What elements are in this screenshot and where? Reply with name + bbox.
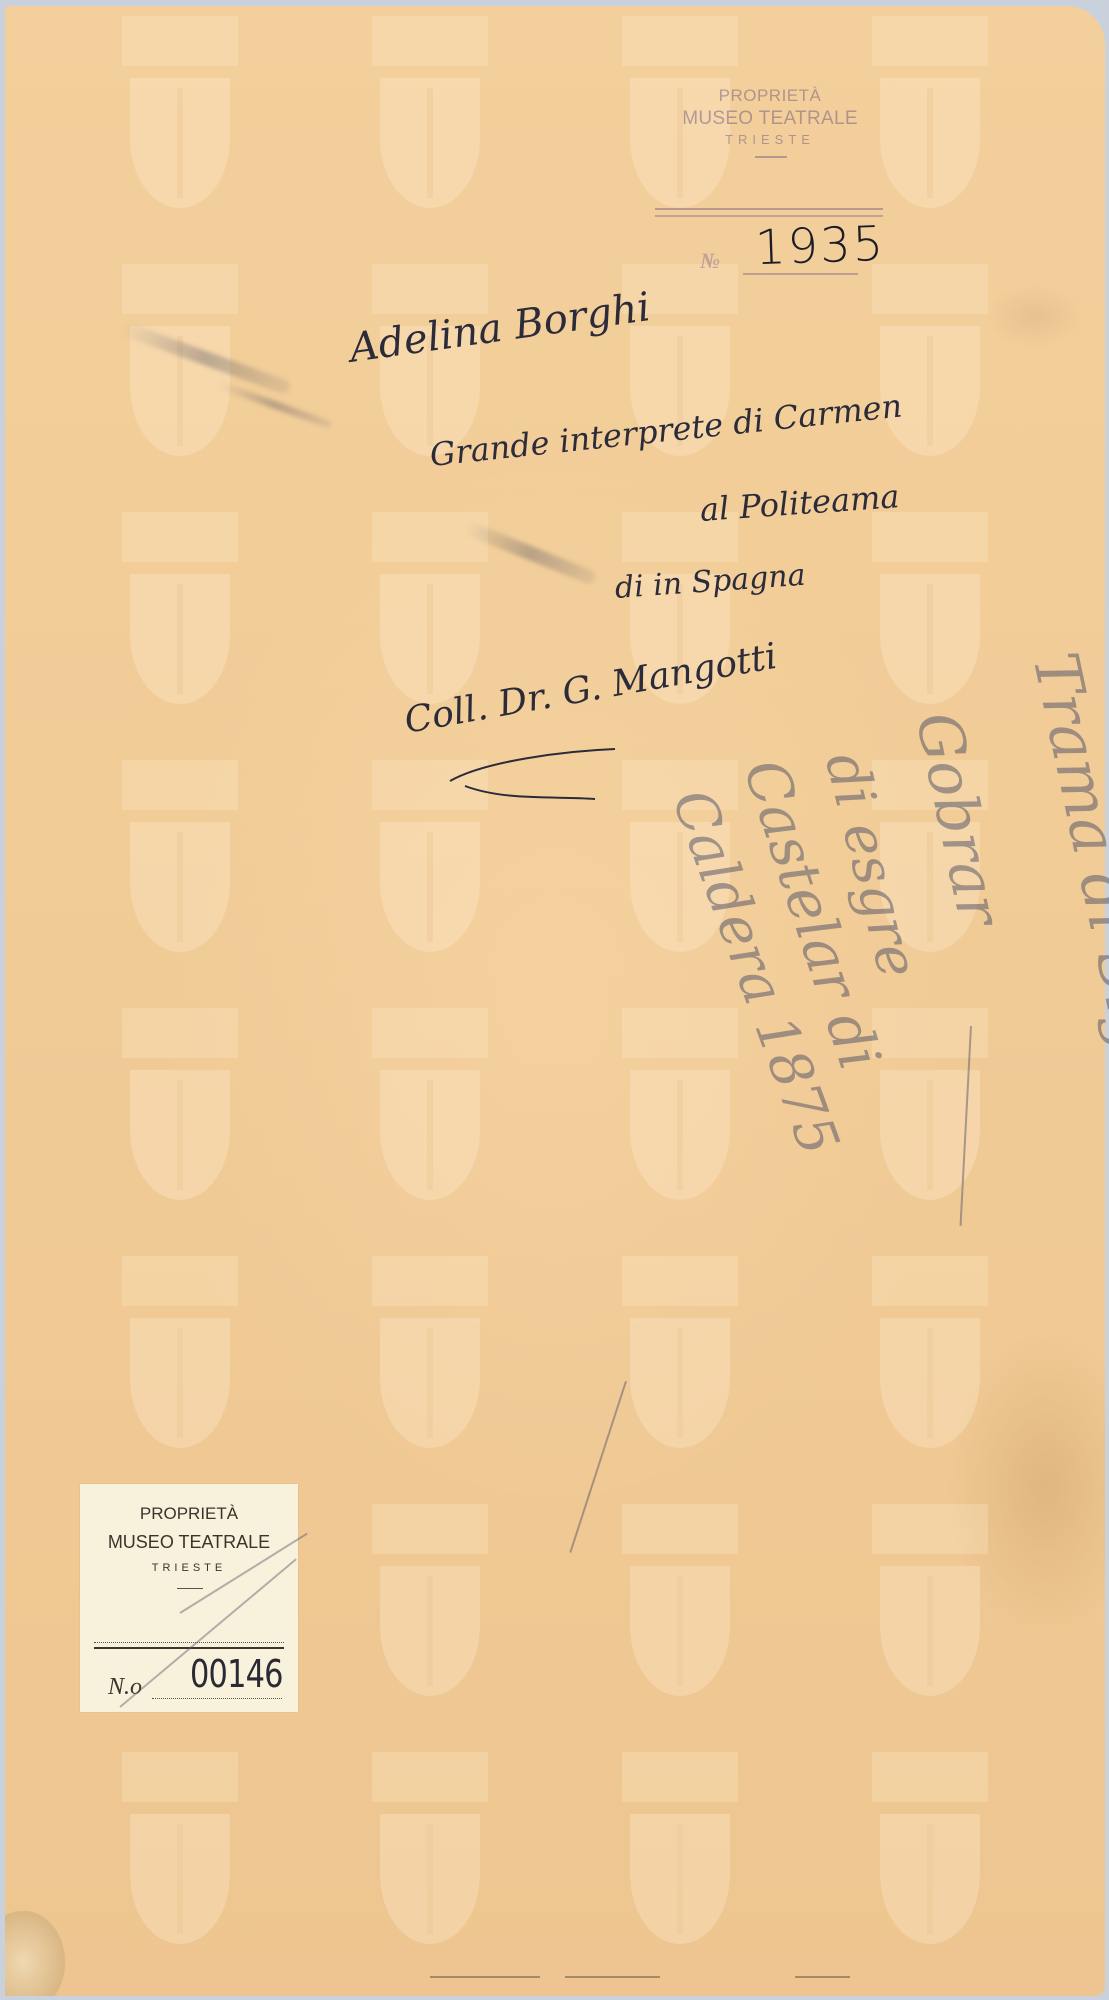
edge-mark [565, 1976, 660, 1978]
halberd-shield-watermark-icon [880, 1752, 980, 1952]
stamp-line-trieste: TRIESTE [655, 132, 885, 147]
edge-mark [795, 1976, 850, 1978]
halberd-shield-watermark-icon [380, 1256, 480, 1456]
halberd-shield-watermark-icon [380, 16, 480, 216]
halberd-shield-watermark-icon [130, 1008, 230, 1208]
halberd-shield-watermark-icon [630, 1504, 730, 1704]
halberd-shield-watermark-icon [880, 1504, 980, 1704]
halberd-shield-watermark-icon [630, 1752, 730, 1952]
halberd-shield-watermark-icon [630, 1256, 730, 1456]
halberd-shield-watermark-icon [880, 16, 980, 216]
halberd-shield-watermark-icon [130, 1752, 230, 1952]
signature-flourish [445, 741, 625, 801]
edge-mark [430, 1976, 540, 1978]
halberd-shield-watermark-icon [130, 760, 230, 960]
label-line-proprieta: PROPRIETÀ [80, 1504, 298, 1524]
inventory-number-handwritten: 1935 [754, 216, 886, 277]
pencil-note-line-1: Trama di Sigre [1019, 646, 1109, 1122]
inscription-line-3: di in Spagna [614, 558, 807, 606]
label-number-underline [152, 1698, 282, 1701]
pencil-stroke [960, 1026, 972, 1226]
halberd-shield-watermark-icon [380, 1504, 480, 1704]
inscription-line-2: al Politeama [699, 477, 901, 529]
pencil-stroke [569, 1381, 627, 1553]
halberd-shield-watermark-icon [880, 512, 980, 712]
label-line-museo: MUSEO TEATRALE [80, 1532, 298, 1553]
pencil-note-line-2: Gobrar [902, 706, 1015, 931]
label-inventory-number: 00146 [190, 1652, 283, 1696]
halberd-shield-watermark-icon [130, 1256, 230, 1456]
halberd-shield-watermark-icon [380, 1752, 480, 1952]
number-sign: № [700, 248, 720, 274]
ink-smudge [118, 321, 292, 396]
collection-signature: Coll. Dr. G. Mangotti [401, 636, 780, 742]
label-number-prefix: N.o [108, 1674, 142, 1701]
stamp-divider [755, 156, 787, 158]
inscription-line-1: Grande interprete di Carmen [428, 387, 904, 474]
museum-property-stamp: PROPRIETÀ MUSEO TEATRALE TRIESTE № 1935 [655, 78, 885, 278]
halberd-shield-watermark-icon [880, 264, 980, 464]
halberd-shield-watermark-icon [880, 1256, 980, 1456]
stamp-double-rule [655, 208, 883, 217]
label-divider [177, 1588, 203, 1589]
label-line-trieste: TRIESTE [80, 1562, 298, 1574]
stamp-line-museo: MUSEO TEATRALE [655, 108, 885, 130]
museum-property-label: PROPRIETÀ MUSEO TEATRALE TRIESTE N.o 001… [80, 1484, 298, 1712]
halberd-shield-watermark-icon [130, 512, 230, 712]
corner-damage [5, 1911, 65, 1996]
halberd-shield-watermark-icon [380, 1008, 480, 1208]
ink-smudge [462, 520, 597, 585]
inscription-name: Adelina Borghi [347, 284, 653, 372]
halberd-shield-watermark-icon [130, 16, 230, 216]
photo-card-back: PROPRIETÀ MUSEO TEATRALE TRIESTE № 1935 … [5, 6, 1105, 1996]
halberd-shield-watermark-icon [380, 512, 480, 712]
stamp-line-proprieta: PROPRIETÀ [655, 86, 885, 106]
halberd-shield-watermark-icon [630, 1008, 730, 1208]
